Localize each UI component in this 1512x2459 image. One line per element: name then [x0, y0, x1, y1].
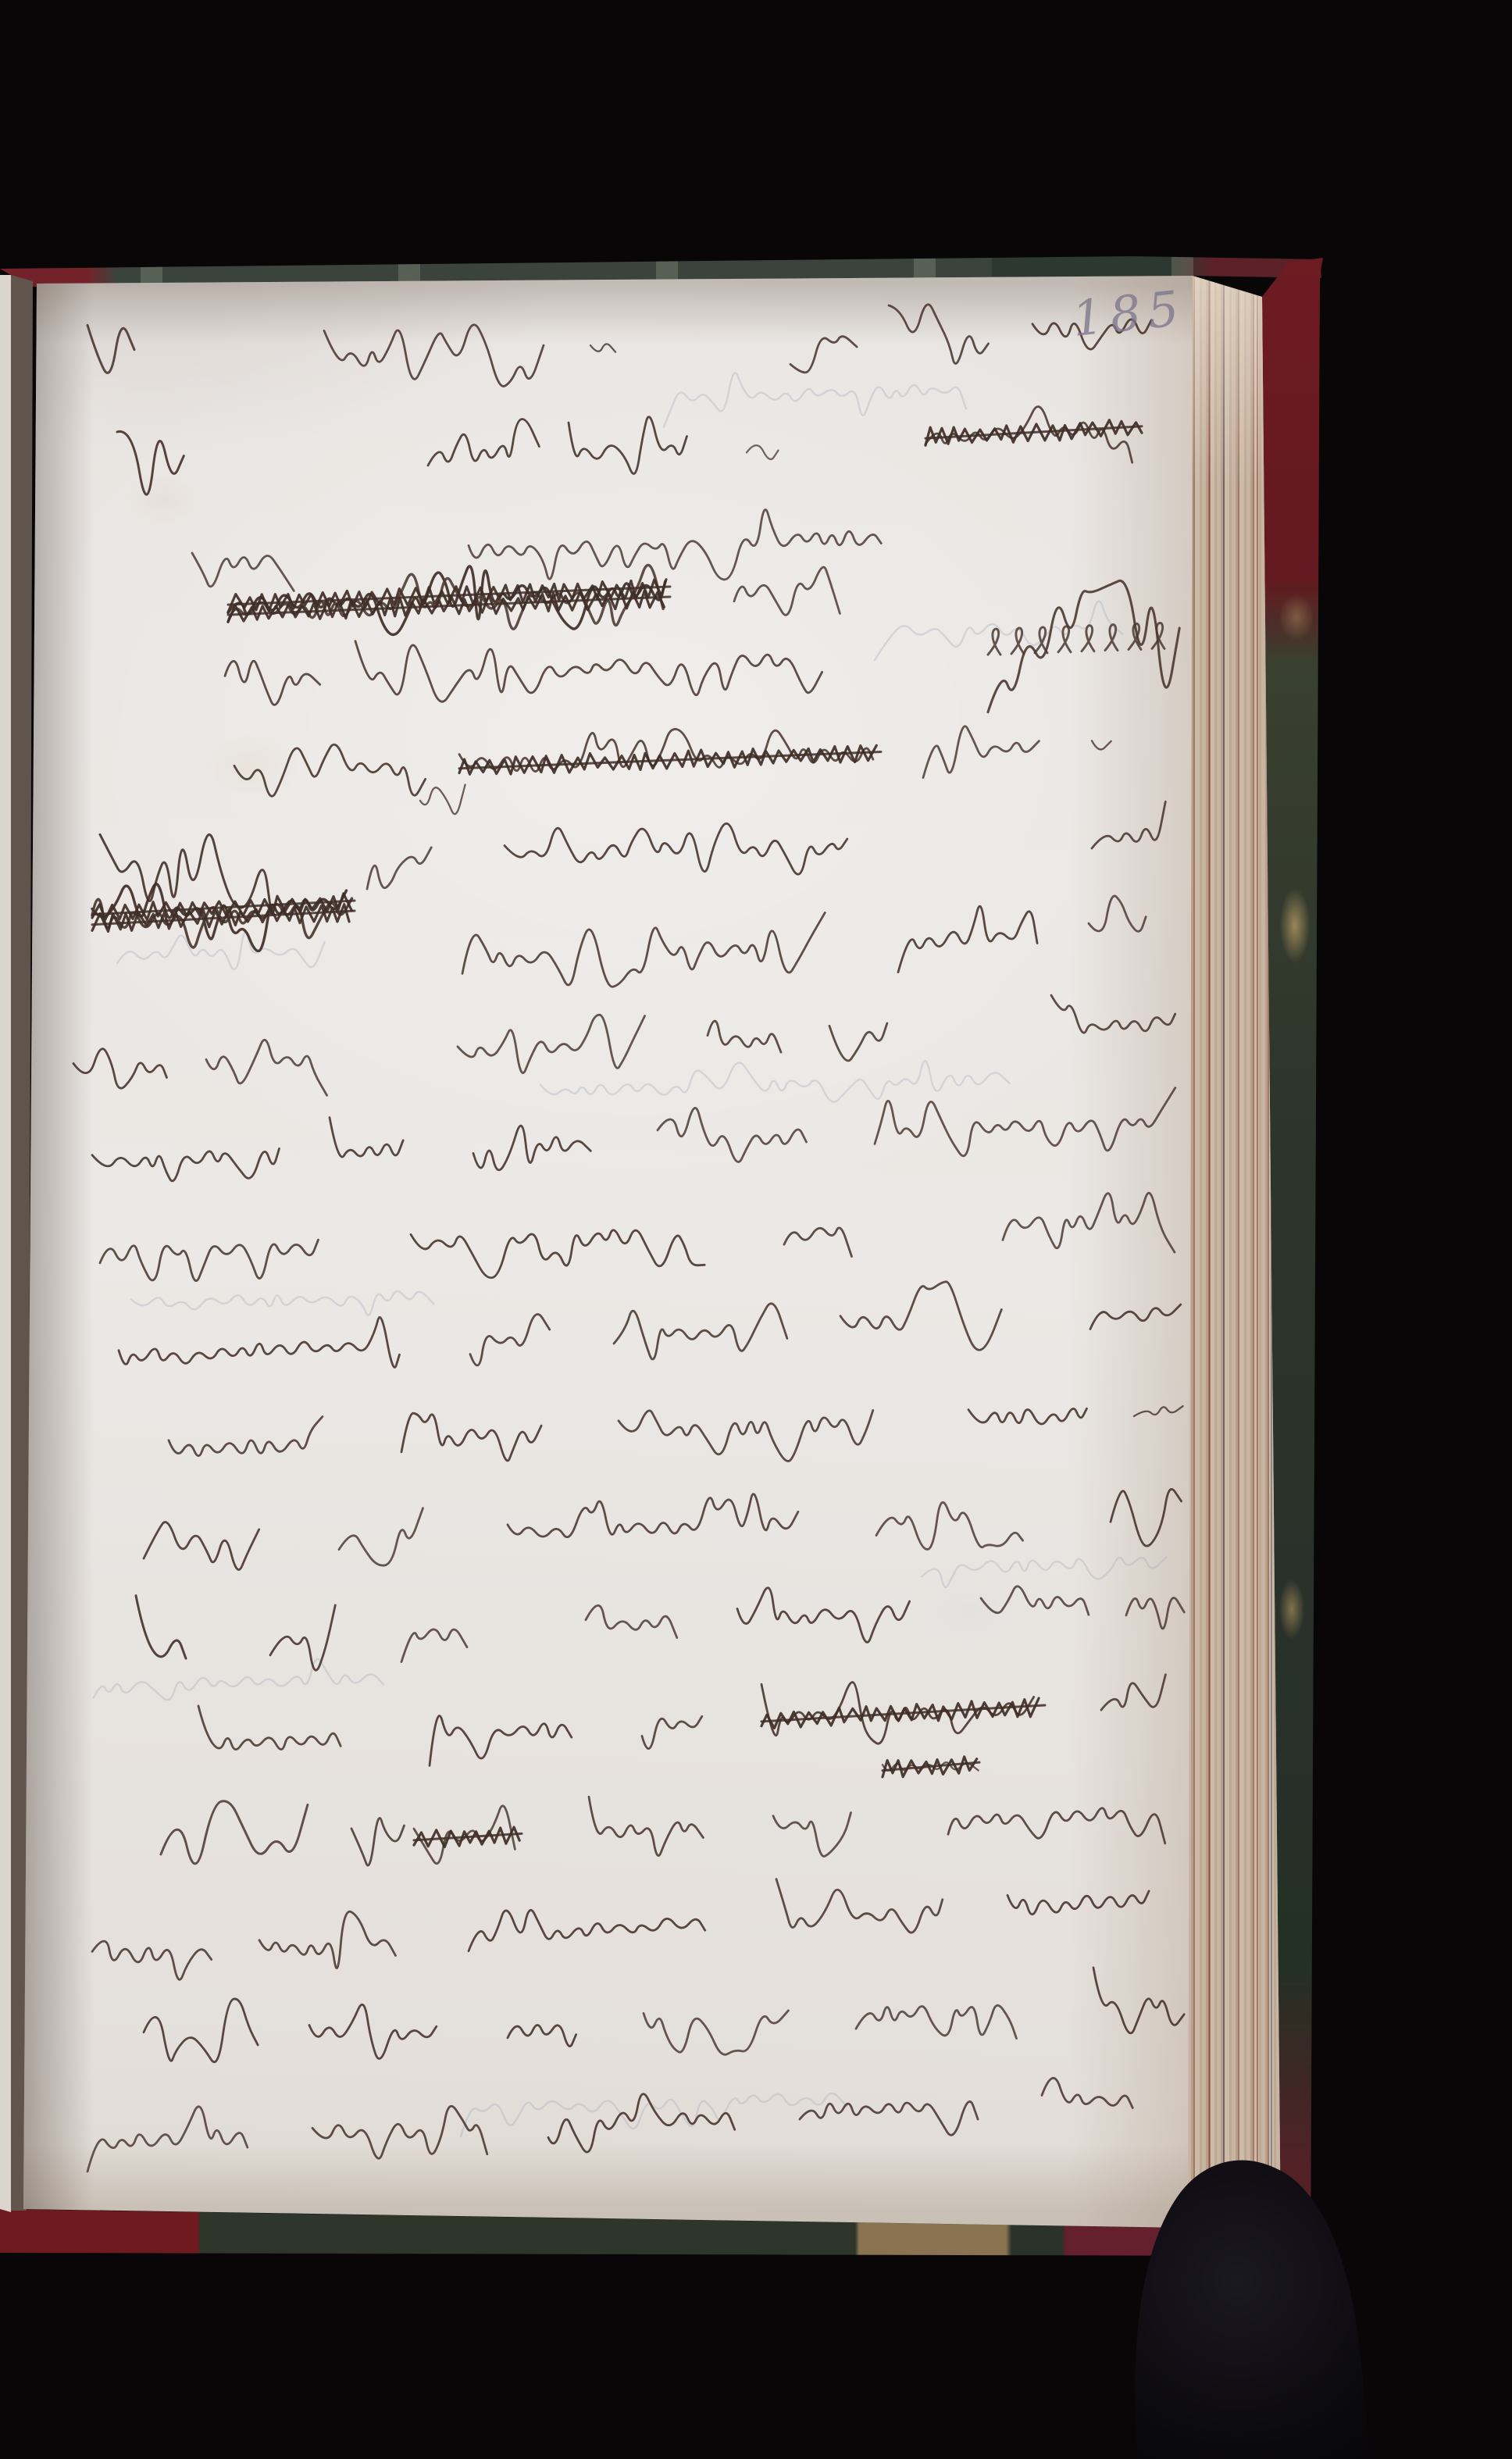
gloved-thumb [1135, 2161, 1369, 2459]
page-number: 185 [1069, 279, 1188, 348]
handwriting-layer: 185 [0, 0, 1512, 2459]
manuscript-photo: 185 [0, 0, 1512, 2459]
showthrough-ghost-writing [94, 373, 1166, 2137]
cursive-ink-writing [73, 305, 1184, 2172]
